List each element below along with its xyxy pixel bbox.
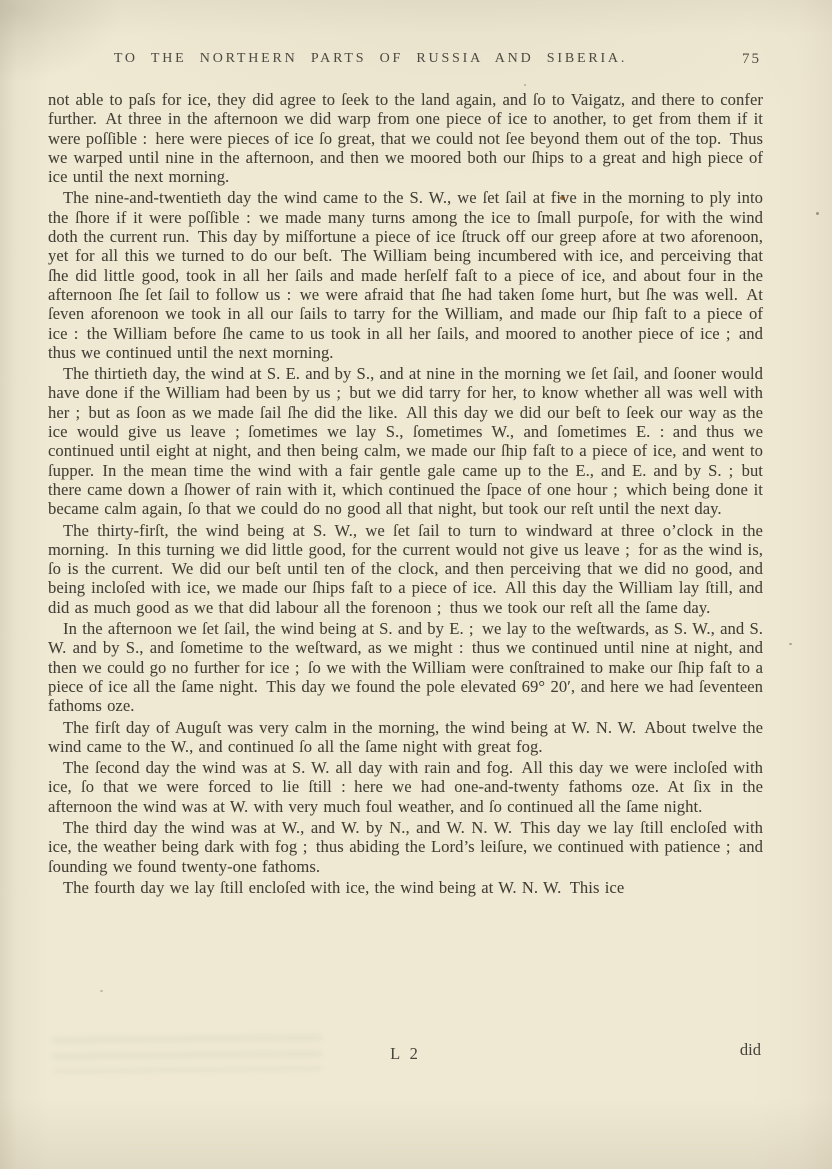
paragraph-9: The fourth day we lay ſtill encloſed wit… bbox=[48, 878, 763, 897]
paper-speck bbox=[789, 643, 792, 645]
paper-speck bbox=[524, 84, 526, 86]
page-number: 75 bbox=[742, 51, 761, 68]
paragraph-3: The thirtieth day, the wind at S. E. and… bbox=[48, 364, 763, 518]
paragraph-2: The nine-and-twentieth day the wind came… bbox=[48, 188, 763, 362]
paragraph-6: The firſt day of Auguſt was very calm in… bbox=[48, 718, 763, 757]
signature-mark: L 2 bbox=[48, 1044, 763, 1064]
catchword: did bbox=[740, 1040, 761, 1060]
paper-speck bbox=[100, 990, 103, 992]
paragraph-8: The third day the wind was at W., and W.… bbox=[48, 818, 763, 876]
running-head: TO THE NORTHERN PARTS OF RUSSIA AND SIBE… bbox=[48, 51, 763, 71]
book-page: TO THE NORTHERN PARTS OF RUSSIA AND SIBE… bbox=[0, 0, 832, 1169]
paper-speck bbox=[816, 212, 819, 215]
footer-line: L 2 did bbox=[48, 1044, 763, 1066]
paragraph-5: In the afternoon we ſet ſail, the wind b… bbox=[48, 619, 763, 715]
paragraph-4: The thirty-firſt, the wind being at S. W… bbox=[48, 521, 763, 617]
body-text-block: not able to paſs for ice, they did agree… bbox=[48, 90, 763, 899]
paragraph-1: not able to paſs for ice, they did agree… bbox=[48, 90, 763, 186]
paragraph-7: The ſecond day the wind was at S. W. all… bbox=[48, 758, 763, 816]
running-title: TO THE NORTHERN PARTS OF RUSSIA AND SIBE… bbox=[48, 51, 693, 67]
